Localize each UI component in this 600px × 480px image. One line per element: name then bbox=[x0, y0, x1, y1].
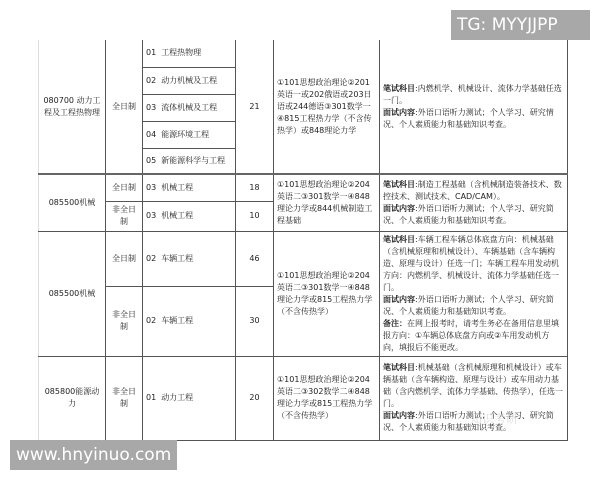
watermark-url: www.hnyinuo.com bbox=[10, 440, 177, 470]
remark-label: 备注： bbox=[383, 319, 407, 328]
direction-name: 车辆工程 bbox=[161, 316, 193, 325]
direction-code: 05 bbox=[146, 156, 156, 165]
interview-label: 面试内容 bbox=[383, 295, 415, 304]
faint-watermark: 知识考研 bbox=[470, 410, 518, 427]
direction-code: 01 bbox=[146, 393, 156, 402]
table-row: 085500机械 全日制 02车辆工程 46 ①101思想政治理论②204英语二… bbox=[39, 231, 568, 286]
interview-label: 面试内容 bbox=[383, 411, 415, 420]
major-cell: 085500机械 bbox=[39, 231, 106, 356]
direction-code: 01 bbox=[146, 48, 156, 57]
quota-cell: 10 bbox=[236, 201, 274, 231]
direction-cell: 05新能源科学与工程 bbox=[143, 148, 236, 174]
direction-cell: 03流体机械及工程 bbox=[143, 94, 236, 121]
exam-subjects-cell: ①101思想政治理论②204英语二③302数学二④848理论力学或815工程热力… bbox=[274, 356, 380, 440]
study-mode-cell: 非全日制 bbox=[106, 201, 143, 231]
direction-name: 流体机械及工程 bbox=[161, 103, 217, 112]
direction-code: 03 bbox=[146, 103, 156, 112]
direction-name: 机械工程 bbox=[161, 183, 193, 192]
direction-code: 02 bbox=[146, 316, 156, 325]
study-mode-cell: 全日制 bbox=[106, 231, 143, 286]
direction-name: 动力工程 bbox=[161, 393, 193, 402]
direction-name: 动力机械及工程 bbox=[161, 76, 217, 85]
table-row: 080700 动力工程及工程热物理 全日制 01工程热物理 21 ①101思想政… bbox=[39, 40, 568, 67]
direction-name: 工程热物理 bbox=[161, 48, 201, 57]
written-label: 笔试科目 bbox=[383, 180, 415, 189]
admissions-table: 080700 动力工程及工程热物理 全日制 01工程热物理 21 ①101思想政… bbox=[38, 40, 568, 441]
table-row: 085800能源动力 非全日制 01动力工程 20 ①101思想政治理论②204… bbox=[39, 356, 568, 440]
written-label: 笔试科目 bbox=[383, 363, 415, 372]
quota-cell: 20 bbox=[236, 356, 274, 440]
quota-cell: 30 bbox=[236, 286, 274, 356]
major-cell: 080700 动力工程及工程热物理 bbox=[39, 40, 106, 174]
exam-subjects-cell: ①101思想政治理论②204英语二③301数学一④848理论力学或815工程热力… bbox=[274, 231, 380, 356]
study-mode-cell: 非全日制 bbox=[106, 356, 143, 440]
exam-subjects-cell: ①101思想政治理论②201英语一或202俄语或203日语或244德语③301数… bbox=[274, 40, 380, 174]
direction-cell: 01工程热物理 bbox=[143, 40, 236, 67]
written-label: 笔试科目 bbox=[383, 84, 415, 93]
watermark-tg: TG: MYYJJPP bbox=[451, 10, 590, 40]
remark-text: 在网上报考时，请考生务必在备用信息里填报方向：①车辆总体底盘方向或②车用发动机方… bbox=[383, 319, 559, 352]
interview-label: 面试内容 bbox=[383, 204, 415, 213]
interview-label: 面试内容 bbox=[383, 108, 415, 117]
notes-cell: 笔试科目:制造工程基础（含机械制造装备技术、数控技术、测试技术、CAD/CAM）… bbox=[380, 174, 568, 231]
direction-cell: 01动力工程 bbox=[143, 356, 236, 440]
direction-code: 03 bbox=[146, 183, 156, 192]
written-label: 笔试科目 bbox=[383, 235, 415, 244]
study-mode-cell: 非全日制 bbox=[106, 286, 143, 356]
direction-cell: 02车辆工程 bbox=[143, 286, 236, 356]
direction-code: 02 bbox=[146, 76, 156, 85]
study-mode-cell: 全日制 bbox=[106, 40, 143, 174]
direction-code: 03 bbox=[146, 211, 156, 220]
notes-cell: 笔试科目:内燃机学、机械设计、流体力学基础任选一门。 面试内容:外语口语听力测试… bbox=[380, 40, 568, 174]
exam-subjects-cell: ①101思想政治理论②204英语二③301数学一④848理论力学或844机械制造… bbox=[274, 174, 380, 231]
direction-name: 车辆工程 bbox=[161, 254, 193, 263]
direction-cell: 04能源环境工程 bbox=[143, 121, 236, 148]
direction-cell: 03机械工程 bbox=[143, 174, 236, 201]
quota-cell: 21 bbox=[236, 40, 274, 174]
direction-cell: 02动力机械及工程 bbox=[143, 67, 236, 94]
major-cell: 085500机械 bbox=[39, 174, 106, 231]
direction-cell: 03机械工程 bbox=[143, 201, 236, 231]
quota-cell: 46 bbox=[236, 231, 274, 286]
direction-name: 新能源科学与工程 bbox=[161, 156, 225, 165]
direction-cell: 02车辆工程 bbox=[143, 231, 236, 286]
notes-cell: 笔试科目:机械基础（含机械原理和机械设计）或车辆基础（含车辆构造、原理与设计）或… bbox=[380, 356, 568, 440]
table-row: 085500机械 全日制 03机械工程 18 ①101思想政治理论②204英语二… bbox=[39, 174, 568, 201]
major-cell: 085800能源动力 bbox=[39, 356, 106, 440]
notes-cell: 笔试科目:车辆工程车辆总体底盘方向：机械基础（含机械原理和机械设计）、车辆基础（… bbox=[380, 231, 568, 356]
quota-cell: 18 bbox=[236, 174, 274, 201]
direction-name: 机械工程 bbox=[161, 211, 193, 220]
direction-code: 02 bbox=[146, 254, 156, 263]
direction-code: 04 bbox=[146, 130, 156, 139]
study-mode-cell: 全日制 bbox=[106, 174, 143, 201]
direction-name: 能源环境工程 bbox=[161, 130, 209, 139]
